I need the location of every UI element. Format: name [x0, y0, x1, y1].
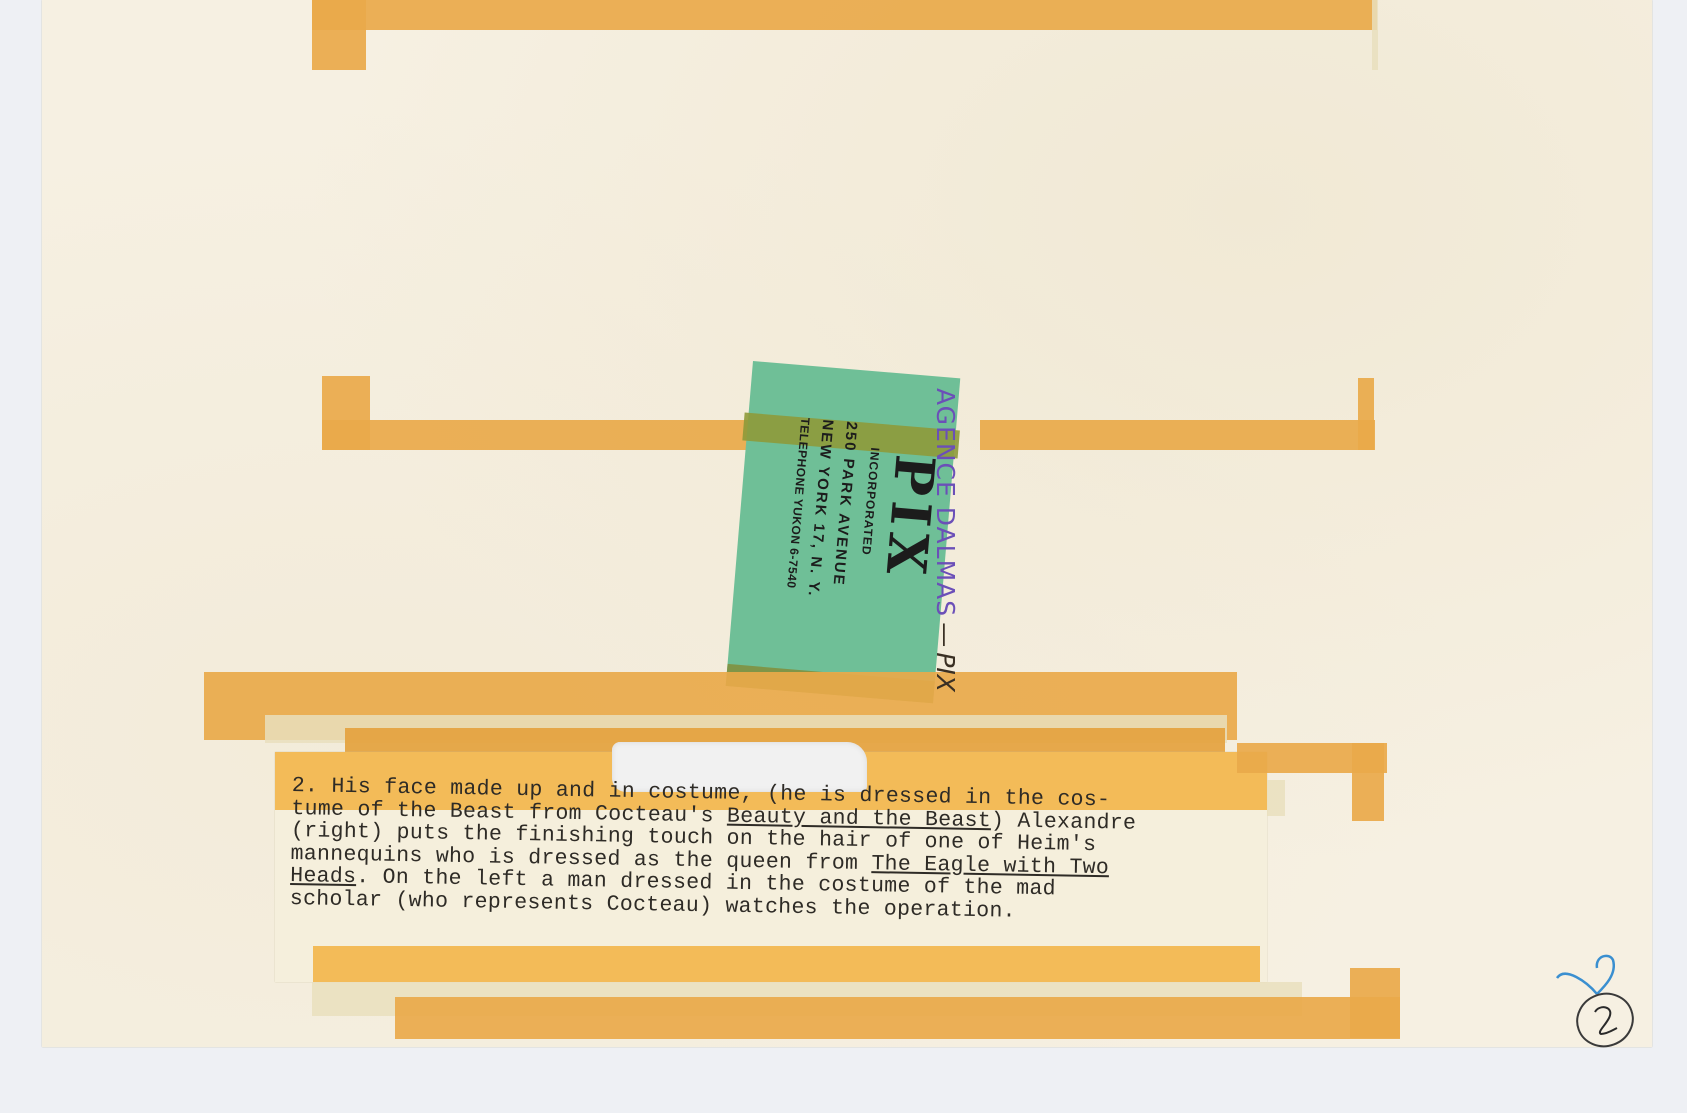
agency-stamp: AGENCE DALMAS — PIX: [931, 388, 960, 692]
pencil-number-two-icon: [1595, 1007, 1617, 1034]
stamp-separator: —: [931, 622, 960, 647]
tape-top-left-tab: [312, 0, 366, 70]
pix-agency-label: PIX INCORPORATED 250 PARK AVENUE NEW YOR…: [726, 361, 961, 703]
tape-top-right-edge: [1372, 0, 1378, 70]
tape-bottom-right-tab: [1350, 968, 1400, 1038]
tape-middle-horizontal-right: [980, 420, 1375, 450]
tape-caption-bottom: [313, 946, 1260, 982]
tape-middle-horizontal-left: [322, 420, 752, 450]
tape-bottom-long: [395, 997, 1400, 1039]
tape-middle-right-tab: [1358, 378, 1374, 450]
tape-top-horizontal: [312, 0, 1377, 30]
tape-middle-left-tab: [322, 376, 370, 450]
blue-pen-mark-icon: [1557, 956, 1614, 994]
stamp-partner: PIX: [931, 652, 960, 692]
stamp-agency-name: AGENCE DALMAS: [931, 388, 960, 617]
label-text-block: PIX INCORPORATED 250 PARK AVENUE NEW YOR…: [726, 361, 961, 703]
typed-caption: 2. His face made up and in costume, (he …: [290, 775, 1252, 927]
handwritten-number-mark: [1535, 950, 1645, 1050]
tape-caption-clear-corner: [1267, 780, 1285, 816]
tape-caption-right-tab: [1352, 743, 1384, 821]
pencil-circle-icon: [1570, 986, 1640, 1050]
